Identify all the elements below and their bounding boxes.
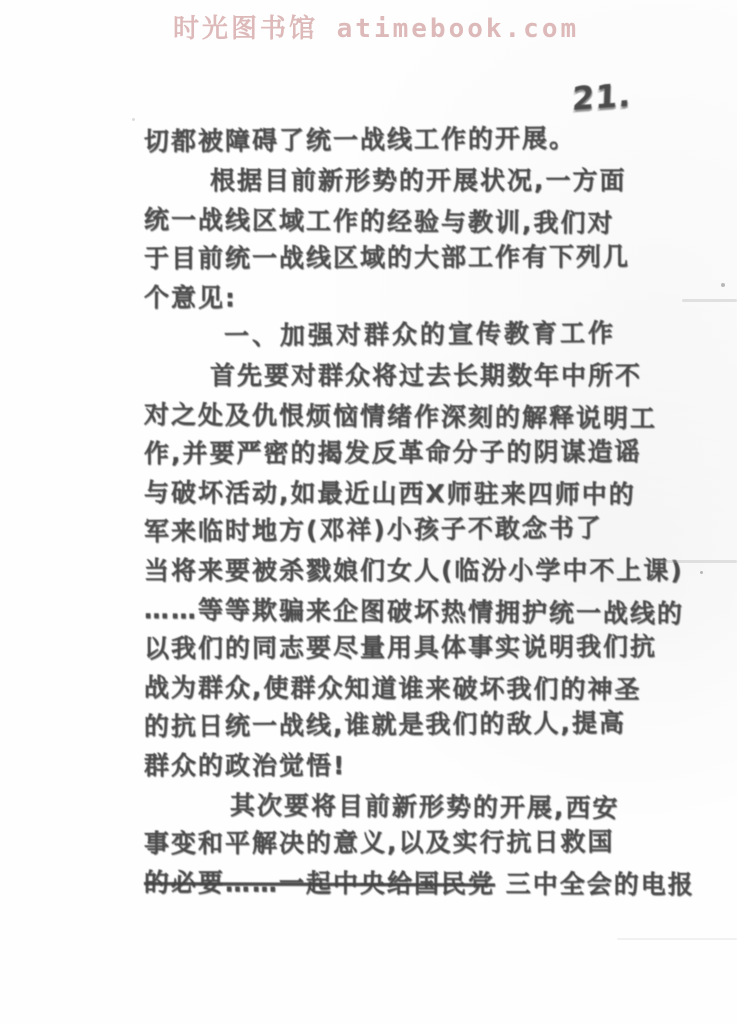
line-text: 统一战线区域工作的经验与教训,我们对: [144, 205, 615, 238]
manuscript-line: 作,并要严密的揭发反革命分子的阴谋造谣: [138, 432, 658, 473]
manuscript-line: 的抗日统一战线,谁就是我们的敌人,提高: [138, 703, 658, 746]
scan-streak: [682, 299, 737, 302]
line-text: 事变和平解决的意义,以及实行抗日救国: [144, 827, 615, 858]
manuscript-line: 以我们的同志要尽量用具体事实说明我们抗: [138, 627, 658, 668]
scan-streak: [617, 938, 737, 940]
line-text: 对之处及仇恨烦恼情绪作深刻的解释说明工: [144, 400, 657, 433]
manuscript-line: 切都被障碍了统一战线工作的开展。: [138, 118, 658, 161]
scan-streak: [657, 560, 737, 563]
manuscript-line: 的必要……一起中央给国民党 三中全会的电报: [138, 863, 658, 904]
manuscript-line: 当将来要被杀戮娘们女人(临汾小学中不上课): [138, 551, 658, 590]
line-text: 于目前统一战线区域的大部工作有下列几: [144, 242, 630, 273]
line-text: 战为群众,使群众知道谁来破坏我们的神圣: [144, 673, 642, 704]
line-text: 以我们的同志要尽量用具体事实说明我们抗: [144, 632, 657, 663]
manuscript-line: 根据目前新形势的开展状况,一方面: [138, 161, 658, 200]
line-text: 一、加强对群众的宣传教育工作: [224, 318, 616, 350]
manuscript-line: 群众的政治觉悟!: [138, 746, 658, 785]
manuscript-line: 事变和平解决的意义,以及实行抗日救国: [138, 822, 658, 863]
scanned-document-page: 时光图书馆 atimebook.com 21. 切都被障碍了统一战线工作的开展。…: [0, 0, 737, 1024]
line-text: 与破坏活动,如最近山西X师驻来四师中的: [144, 478, 636, 509]
watermark-text: 时光图书馆 atimebook.com: [173, 8, 579, 45]
line-text: 群众的政治觉悟!: [144, 751, 346, 780]
line-text: 首先要对群众将过去长期数年中所不: [210, 361, 642, 390]
manuscript-line: 军来临时地方(邓祥)小孩子不敢念书了: [138, 508, 658, 551]
scan-speck: [700, 571, 703, 574]
manuscript-line: 于目前统一战线区域的大部工作有下列几: [138, 237, 658, 278]
manuscript-line: 一、加强对群众的宣传教育工作: [138, 313, 658, 356]
scan-speck: [721, 283, 725, 287]
line-text: 军来临时地方(邓祥)小孩子不敢念书了: [144, 513, 603, 546]
line-text: ……等等欺骗来企图破坏热情拥护统一战线的: [144, 595, 684, 628]
line-text: 根据目前新形势的开展状况,一方面: [210, 166, 627, 195]
manuscript-body: 切都被障碍了统一战线工作的开展。 根据目前新形势的开展状况,一方面 统一战线区域…: [138, 122, 658, 902]
line-text: 个意见:: [144, 283, 237, 312]
line-text: 当将来要被杀戮娘们女人(临汾小学中不上课): [144, 556, 684, 585]
line-text: 切都被障碍了统一战线工作的开展。: [144, 124, 576, 156]
struck-text: 的必要……一起中央给国民党: [144, 868, 495, 898]
page-number: 21.: [571, 76, 632, 118]
manuscript-line: 首先要对群众将过去长期数年中所不: [138, 356, 658, 395]
line-text: 其次要将目前新形势的开展,西安: [230, 791, 620, 823]
line-text: 三中全会的电报: [506, 869, 695, 899]
line-text: 作,并要严密的揭发反革命分子的阴谋造谣: [144, 437, 642, 468]
line-text: 的抗日统一战线,谁就是我们的敌人,提高: [144, 708, 626, 741]
scan-speck: [132, 118, 135, 121]
